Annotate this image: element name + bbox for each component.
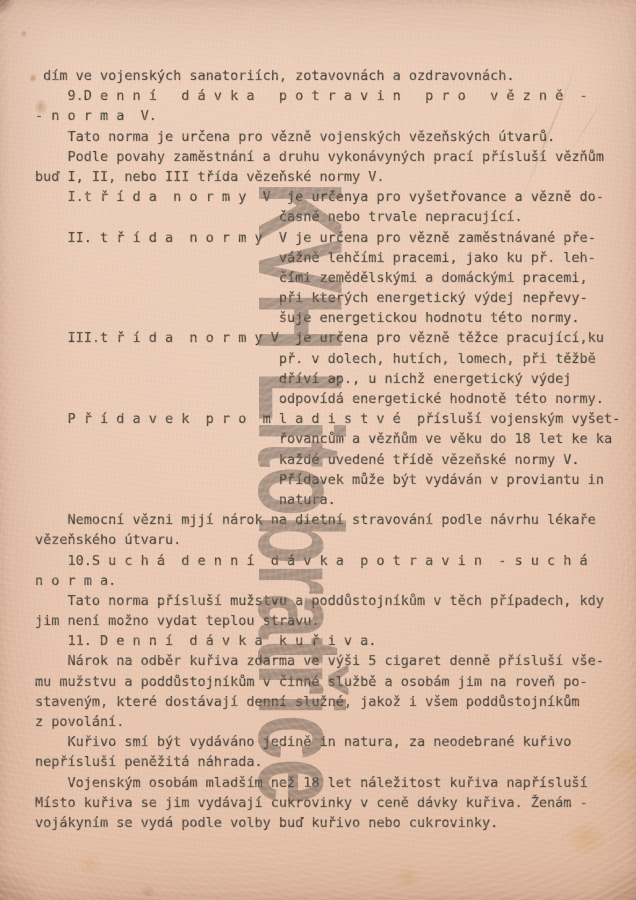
typewritten-text-lines: dím ve vojenských sanatoriích, zotavovná…	[35, 66, 625, 833]
text-line: I.t ř í d a n o r m y V je určenya pro v…	[35, 187, 625, 207]
text-line: n o r m a.	[35, 571, 625, 591]
text-line: III.t ř í d a n o r m y V je určena pro …	[35, 328, 625, 348]
text-line: šuje energetickou hodnotu této normy.	[35, 308, 625, 328]
text-line: Tato norma je určena pro vězně vojenskýc…	[35, 127, 625, 147]
text-line: časně nebo trvale nepracující.	[35, 207, 625, 227]
text-line: vojákyním se vydá podle volby buď kuřivo…	[35, 813, 625, 833]
scanned-document-page: KVH Litobratřice dím ve vojenských sanat…	[0, 0, 636, 900]
text-line: odpovídá energetické hodnotě této normy.	[35, 389, 625, 409]
text-line: Vojenským osobám mladším než 18 let nále…	[35, 773, 625, 793]
text-line: natura.	[35, 490, 625, 510]
text-line: 10.S u c h á d e n n í d á v k a p o t r…	[35, 551, 625, 571]
text-line: vážně lehčími pracemi, jako ku př. leh-	[35, 248, 625, 268]
text-line: P ř í d a v e k p r o m l a d i s t v é …	[35, 409, 625, 429]
text-line: buď I, II, nebo III třída vězeňské normy…	[35, 167, 625, 187]
text-line: mu mužstvu a poddůstojníkům v činné služ…	[35, 672, 625, 692]
text-line: každé uvedené třídě vězeňské normy V.	[35, 450, 625, 470]
text-line: př. v dolech, hutích, lomech, při těžbě	[35, 349, 625, 369]
text-line: staveným, které dostávají denní služné, …	[35, 692, 625, 712]
text-line: 9.D e n n í d á v k a p o t r a v i n p …	[35, 86, 625, 106]
text-line: - n o r m a V.	[35, 106, 625, 126]
text-line: Nárok na odběr kuřiva zdarma ve výši 5 c…	[35, 651, 625, 671]
text-line: dříví ap., u nichž energetický výdej	[35, 369, 625, 389]
text-line: II. t ř í d a n o r m y V je určena pro …	[35, 228, 625, 248]
text-line: Místo kuřiva se jim vydávají cukrovinky …	[35, 793, 625, 813]
text-line: 11. D e n n í d á v k a k u ř i v a.	[35, 631, 625, 651]
text-line: z povolání.	[35, 712, 625, 732]
text-line: čími zemědělskými a domáckými pracemi,	[35, 268, 625, 288]
text-line: Přídavek může být vydáván v proviantu in	[35, 470, 625, 490]
text-line: řovancům a vězňům ve věku do 18 let ke k…	[35, 429, 625, 449]
text-line: nepřísluší peněžitá náhrada.	[35, 752, 625, 772]
text-line: dím ve vojenských sanatoriích, zotavovná…	[35, 66, 625, 86]
text-line: při kterých energetický výdej nepřevy-	[35, 288, 625, 308]
text-line: vězeňského útvaru.	[35, 530, 625, 550]
text-line: Nemocní vězni mjjí nárok na dietní strav…	[35, 510, 625, 530]
text-line: Podle povahy zaměstnání a druhu vykonávy…	[35, 147, 625, 167]
text-line: Kuřivo smí být vydáváno jedině in natura…	[35, 732, 625, 752]
text-line: jim není možno vydat teplou stravu.	[35, 611, 625, 631]
text-line: Tato norma přísluší mužstvu a poddůstojn…	[35, 591, 625, 611]
